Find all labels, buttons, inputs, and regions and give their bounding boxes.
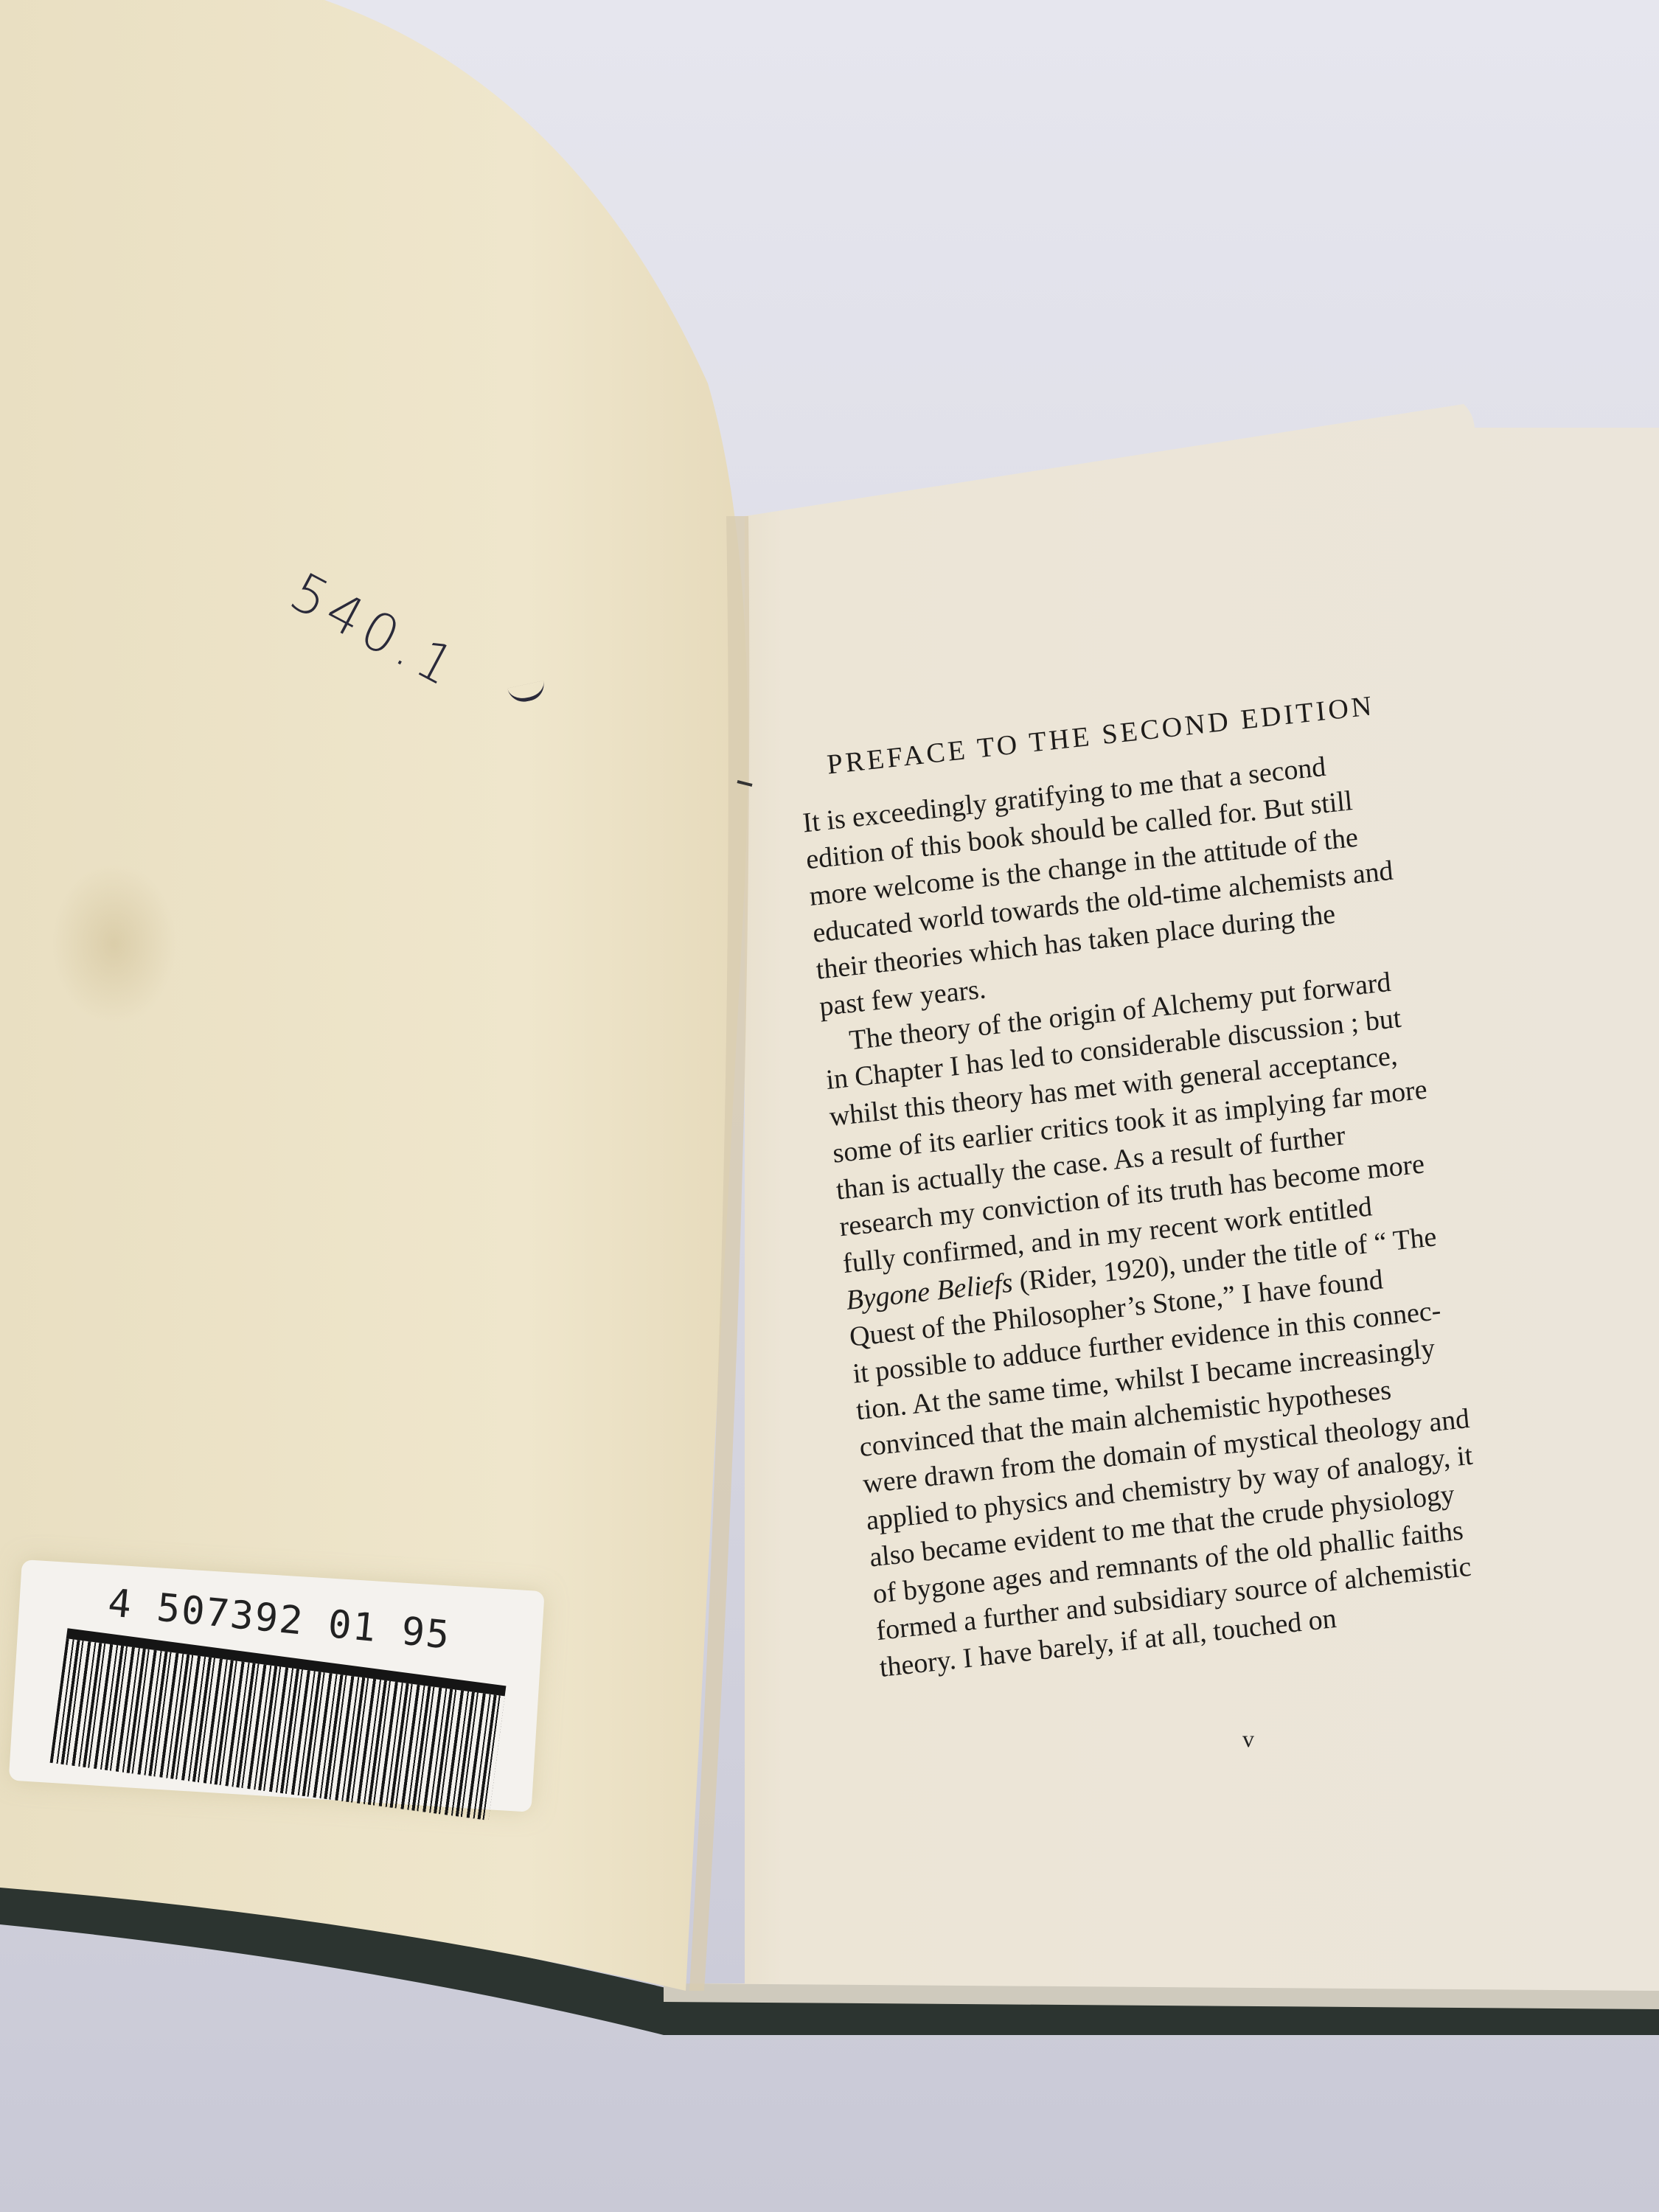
preface-text-block: PREFACE TO THE SECOND EDITION It is exce… xyxy=(796,659,1659,1686)
page-stain xyxy=(52,863,177,1025)
page-number: v xyxy=(1242,1725,1254,1753)
book-photo: 540.1 4 507392 01 95 PREFACE TO THE SECO… xyxy=(0,0,1659,2212)
preface-body: It is exceedingly gratifying to me that … xyxy=(801,712,1659,1686)
library-barcode-label: 4 507392 01 95 xyxy=(9,1559,545,1812)
